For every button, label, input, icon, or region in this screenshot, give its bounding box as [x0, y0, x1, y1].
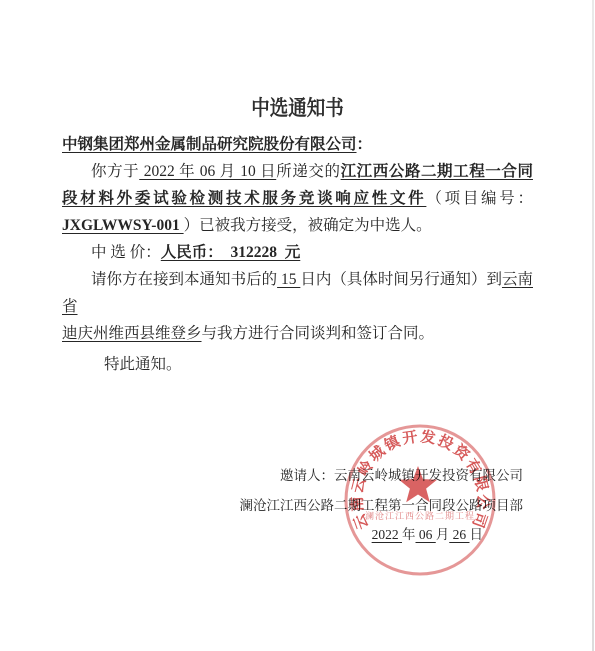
text-segment: 你方于 [91, 163, 139, 180]
text-segment: 江江西公路二期工程一合同 [341, 163, 533, 180]
text-segment: 月 [436, 527, 450, 542]
document-page: 中选通知书 中钢集团郑州金属制品研究院股份有限公司：你方于 2022 年 06 … [0, 0, 595, 651]
text-segment: 请你方在接到本通知书后的 [91, 271, 277, 288]
text-segment: （项目编号： [426, 190, 533, 207]
signature-block: 邀请人：云南云岭城镇开发投资有限公司 澜沧江江西公路二期工程第一合同段公路项目部… [193, 461, 523, 550]
closing-note: 特此通知。 [104, 352, 182, 374]
text-segment: ）已被我方接受，被确定为中选人。 [184, 217, 432, 234]
text-segment: 所递交的 [276, 163, 340, 180]
document-body: 中钢集团郑州金属制品研究院股份有限公司：你方于 2022 年 06 月 10 日… [62, 131, 533, 347]
text-segment: 2022 年 06 月 10 日 [139, 163, 276, 180]
signature-date: 2022 年 06 月 26 日 [193, 520, 523, 550]
text-segment: 中钢集团郑州金属制品研究院股份有限公司 [62, 136, 357, 153]
body-line-5: 中 选 价：人民币： 312228 元 [62, 239, 533, 266]
body-line-4: JXGLWWSY-001 ）已被我方接受，被确定为中选人。 [62, 212, 533, 239]
body-line-6: 请你方在接到本通知书后的 15 日内（具体时间另行通知）到云南省 [62, 266, 533, 320]
text-segment: 日内（具体时间另行通知）到 [300, 271, 502, 288]
project-department-line: 澜沧江江西公路二期工程第一合同段公路项目部 [193, 491, 523, 521]
inviter-line: 邀请人：云南云岭城镇开发投资有限公司 [193, 461, 523, 491]
text-segment: 2022 [372, 527, 402, 542]
text-segment: ： [357, 136, 373, 153]
text-segment: 日 [470, 527, 484, 542]
text-segment: 06 [416, 527, 436, 542]
text-segment: 与我方进行合同谈判和签订合同。 [202, 325, 435, 342]
text-segment: 年 [402, 527, 416, 542]
body-line-7: 迪庆州维西县维登乡与我方进行合同谈判和签订合同。 [62, 320, 533, 347]
text-segment: 15 [277, 271, 300, 288]
text-segment: 人民币： 312228 元 [161, 244, 301, 261]
text-segment: JXGLWWSY-001 [62, 217, 184, 234]
text-segment: 中 选 价： [91, 244, 161, 261]
body-line-3: 段材料外委试验检测技术服务竞谈响应性文件（项目编号： [62, 185, 533, 212]
text-segment: 段材料外委试验检测技术服务竞谈响应性文件 [62, 190, 426, 207]
text-segment: 迪庆州维西县维登乡 [62, 325, 202, 342]
document-title: 中选通知书 [36, 92, 560, 122]
text-segment: 26 [449, 527, 469, 542]
body-line-2: 你方于 2022 年 06 月 10 日所递交的江江西公路二期工程一合同 [62, 158, 533, 185]
body-line-1: 中钢集团郑州金属制品研究院股份有限公司： [62, 131, 533, 158]
scan-edge-artifact [592, 0, 594, 651]
